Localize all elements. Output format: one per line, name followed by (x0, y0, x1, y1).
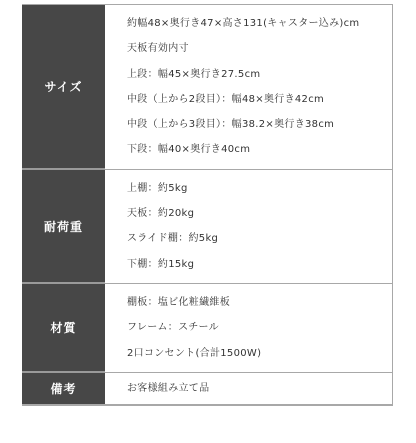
spec-line: 棚板：塩ビ化粧繊維板 (127, 290, 392, 315)
spec-row-notes: 備考 お客様組み立て品 (22, 372, 393, 405)
spec-table: サイズ 約幅48×奥行き47×高さ131(キャスター込み)cm 天板有効内寸 上… (22, 4, 393, 406)
spec-line: 下段：幅40×奥行き40cm (127, 137, 392, 162)
spec-label-notes: 備考 (22, 372, 105, 405)
spec-label-size: サイズ (22, 5, 105, 170)
spec-label-load-capacity: 耐荷重 (22, 169, 105, 283)
spec-line: 天板有効内寸 (127, 36, 392, 61)
spec-row-material: 材質 棚板：塩ビ化粧繊維板 フレーム：スチール 2口コンセント(合計1500W) (22, 283, 393, 372)
spec-line: 下棚：約15kg (127, 252, 392, 277)
spec-value-load-capacity: 上棚：約5kg 天板：約20kg スライド棚：約5kg 下棚：約15kg (105, 169, 393, 283)
spec-line: 中段（上から2段目）：幅48×奥行き42cm (127, 87, 392, 112)
spec-line: 約幅48×奥行き47×高さ131(キャスター込み)cm (127, 11, 392, 36)
spec-line: フレーム：スチール (127, 315, 392, 340)
spec-value-material: 棚板：塩ビ化粧繊維板 フレーム：スチール 2口コンセント(合計1500W) (105, 283, 393, 372)
spec-line: 2口コンセント(合計1500W) (127, 341, 392, 366)
spec-value-size: 約幅48×奥行き47×高さ131(キャスター込み)cm 天板有効内寸 上段：幅4… (105, 5, 393, 170)
spec-line: 天板：約20kg (127, 201, 392, 226)
spec-label-material: 材質 (22, 283, 105, 372)
spec-line: 上段：幅45×奥行き27.5cm (127, 62, 392, 87)
spec-line: お客様組み立て品 (127, 376, 392, 401)
spec-line: 上棚：約5kg (127, 176, 392, 201)
spec-value-notes: お客様組み立て品 (105, 372, 393, 405)
spec-line: 中段（上から3段目）：幅38.2×奥行き38cm (127, 112, 392, 137)
spec-line: スライド棚：約5kg (127, 226, 392, 251)
spec-row-size: サイズ 約幅48×奥行き47×高さ131(キャスター込み)cm 天板有効内寸 上… (22, 5, 393, 170)
spec-row-load-capacity: 耐荷重 上棚：約5kg 天板：約20kg スライド棚：約5kg 下棚：約15kg (22, 169, 393, 283)
